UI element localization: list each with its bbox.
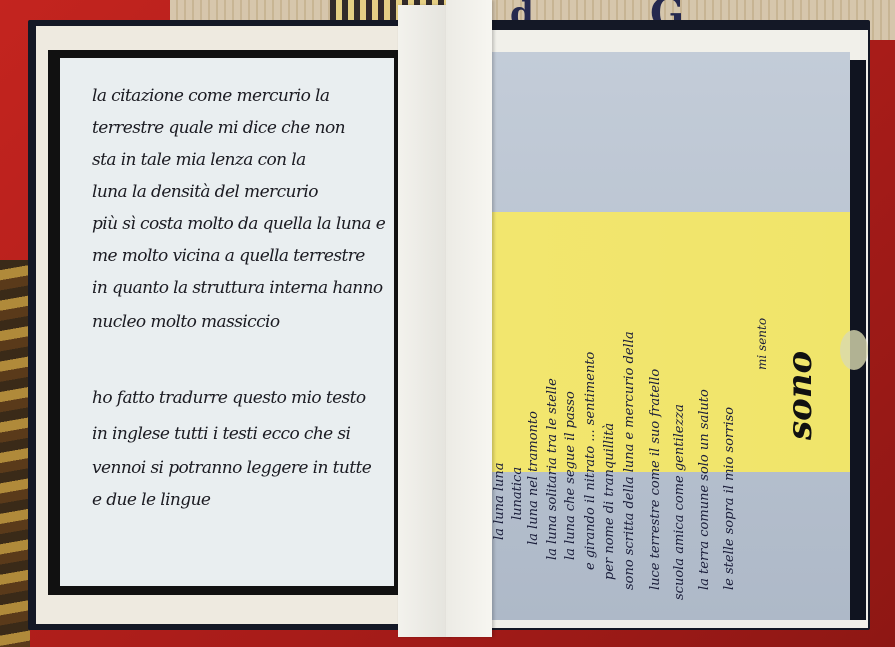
vertical-calligraphy-line: scuola amica come gentilezza: [672, 404, 687, 600]
calligraphy-line: terrestre quale mi dice che non: [92, 118, 345, 138]
calligraphy-line: ho fatto tradurre questo mio testo: [92, 388, 366, 408]
vertical-calligraphy-line: lunatica: [510, 467, 525, 520]
vertical-calligraphy-line: la luna nel tramonto: [526, 411, 541, 545]
patterned-fabric-edge: [0, 260, 30, 647]
calligraphy-line: sta in tale mia lenza con la: [92, 150, 306, 170]
page-ring: [840, 330, 868, 370]
calligraphy-line: vennoi si potranno leggere in tutte: [92, 458, 371, 478]
vertical-calligraphy-line: sono scritta della luna e mercurio della: [622, 331, 637, 590]
vertical-calligraphy-line: la terra comune solo un saluto: [697, 389, 712, 590]
signature-large: sono: [780, 351, 820, 440]
vertical-calligraphy-line: la luna che segue il passo: [563, 391, 578, 560]
vertical-calligraphy-line: la luna luna: [492, 463, 507, 540]
calligraphy-line: più sì costa molto da quella la luna e: [92, 214, 385, 234]
vertical-calligraphy-line: luce terrestre come il suo fratello: [648, 369, 663, 590]
calligraphy-line: in quanto la struttura interna hanno: [92, 278, 383, 298]
calligraphy-line: e due le lingue: [92, 490, 210, 510]
spine-paper-strip: [398, 5, 450, 637]
signature-small: mi sento: [755, 318, 769, 370]
vertical-calligraphy-line: per nome di tranquillità: [602, 423, 617, 580]
vertical-calligraphy-line: le stelle sopra il mio sorriso: [722, 407, 737, 590]
spine-fold-strip: [446, 0, 492, 637]
calligraphy-line: nucleo molto massiccio: [92, 312, 279, 332]
calligraphy-line: luna la densità del mercurio: [92, 182, 318, 202]
vertical-calligraphy-line: e girando il nitrato ... sentimento: [583, 352, 598, 570]
calligraphy-line: la citazione come mercurio la: [92, 86, 329, 106]
calligraphy-line: in inglese tutti i testi ecco che si: [92, 424, 350, 444]
vertical-calligraphy-line: la luna solitaria tra le stelle: [545, 378, 560, 560]
calligraphy-line: me molto vicina a quella terrestre: [92, 246, 365, 266]
